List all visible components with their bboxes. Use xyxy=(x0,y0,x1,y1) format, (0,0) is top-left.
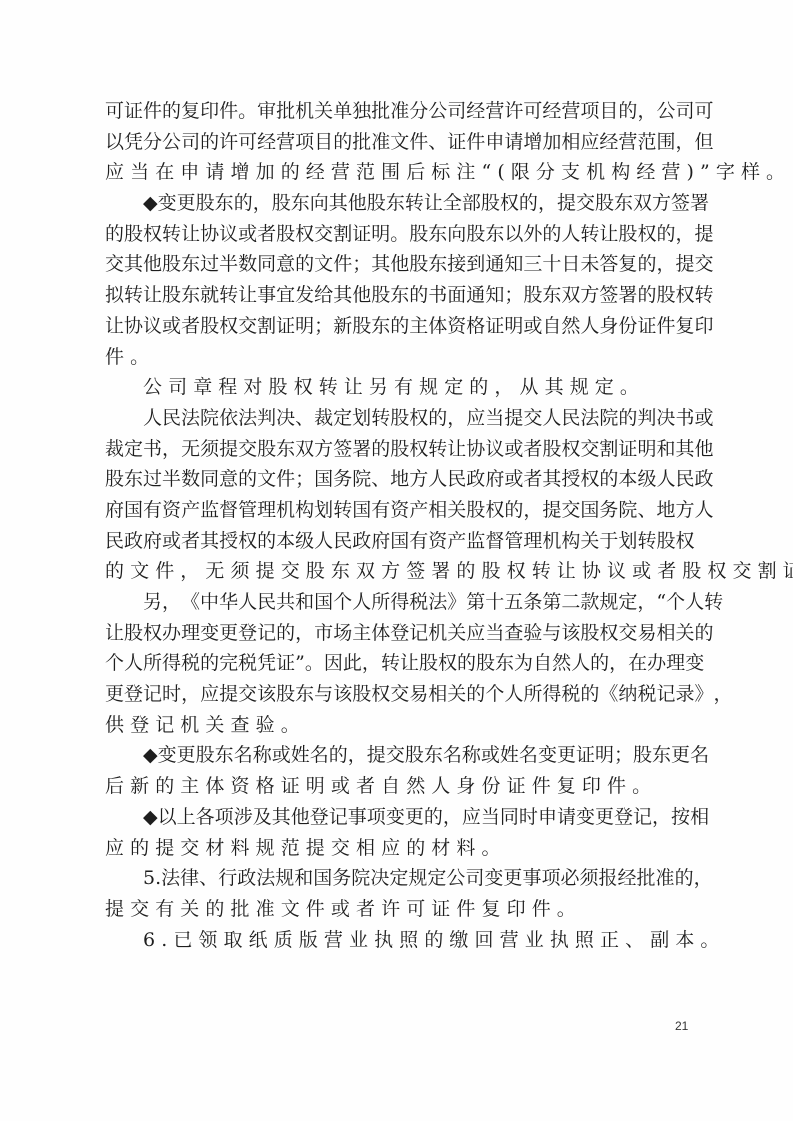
text-line: 个人所得税的完税凭证”。因此，转让股权的股东为自然人的，在办理变 xyxy=(105,648,690,679)
text-line: ◆变更股东的，股东向其他股东转让全部股权的，提交股东双方签署 xyxy=(105,188,690,219)
text-line: 公司章程对股权转让另有规定的，从其规定。 xyxy=(105,372,690,403)
text-line: 民政府或者其授权的本级人民政府国有资产监督管理机构关于划转股权 xyxy=(105,526,690,557)
text-line: 应当在申请增加的经营范围后标注“(限分支机构经营)”字样。 xyxy=(105,157,690,188)
text-line: 的文件，无须提交股东双方签署的股权转让协议或者股权交割证明。 xyxy=(105,556,690,587)
text-line: ◆以上各项涉及其他登记事项变更的，应当同时申请变更登记，按相 xyxy=(105,802,690,833)
text-line: 可证件的复印件。审批机关单独批准分公司经营许可经营项目的，公司可 xyxy=(105,96,690,127)
document-body: 可证件的复印件。审批机关单独批准分公司经营许可经营项目的，公司可 以凭分公司的许… xyxy=(105,96,690,955)
text-line: 5.法律、行政法规和国务院决定规定公司变更事项必须报经批准的， xyxy=(105,863,690,894)
text-line: 另，《中华人民共和国个人所得税法》第十五条第二款规定，“个人转 xyxy=(105,587,690,618)
page-number: 21 xyxy=(675,1019,688,1033)
text-line: 府国有资产监督管理机构划转国有资产相关股权的，提交国务院、地方人 xyxy=(105,495,690,526)
text-line: 供登记机关查验。 xyxy=(105,710,690,741)
text-line: 件。 xyxy=(105,342,690,373)
text-line: 交其他股东过半数同意的文件；其他股东接到通知三十日未答复的，提交 xyxy=(105,249,690,280)
text-line: 更登记时，应提交该股东与该股权交易相关的个人所得税的《纳税记录》， xyxy=(105,679,690,710)
text-line: 6.已领取纸质版营业执照的缴回营业执照正、副本。 xyxy=(105,925,690,956)
text-line: 提交有关的批准文件或者许可证件复印件。 xyxy=(105,894,690,925)
text-line: 应的提交材料规范提交相应的材料。 xyxy=(105,833,690,864)
text-line: 后新的主体资格证明或者自然人身份证件复印件。 xyxy=(105,771,690,802)
text-line: ◆变更股东名称或姓名的，提交股东名称或姓名变更证明；股东更名 xyxy=(105,740,690,771)
text-line: 股东过半数同意的文件；国务院、地方人民政府或者其授权的本级人民政 xyxy=(105,464,690,495)
text-line: 的股权转让协议或者股权交割证明。股东向股东以外的人转让股权的，提 xyxy=(105,219,690,250)
text-line: 人民法院依法判决、裁定划转股权的，应当提交人民法院的判决书或 xyxy=(105,403,690,434)
document-page: 可证件的复印件。审批机关单独批准分公司经营许可经营项目的，公司可 以凭分公司的许… xyxy=(0,0,793,1121)
text-line: 拟转让股东就转让事宜发给其他股东的书面通知；股东双方签署的股权转 xyxy=(105,280,690,311)
text-line: 以凭分公司的许可经营项目的批准文件、证件申请增加相应经营范围，但 xyxy=(105,127,690,158)
text-line: 裁定书，无须提交股东双方签署的股权转让协议或者股权交割证明和其他 xyxy=(105,434,690,465)
text-line: 让股权办理变更登记的，市场主体登记机关应当查验与该股权交易相关的 xyxy=(105,618,690,649)
text-line: 让协议或者股权交割证明；新股东的主体资格证明或自然人身份证件复印 xyxy=(105,311,690,342)
